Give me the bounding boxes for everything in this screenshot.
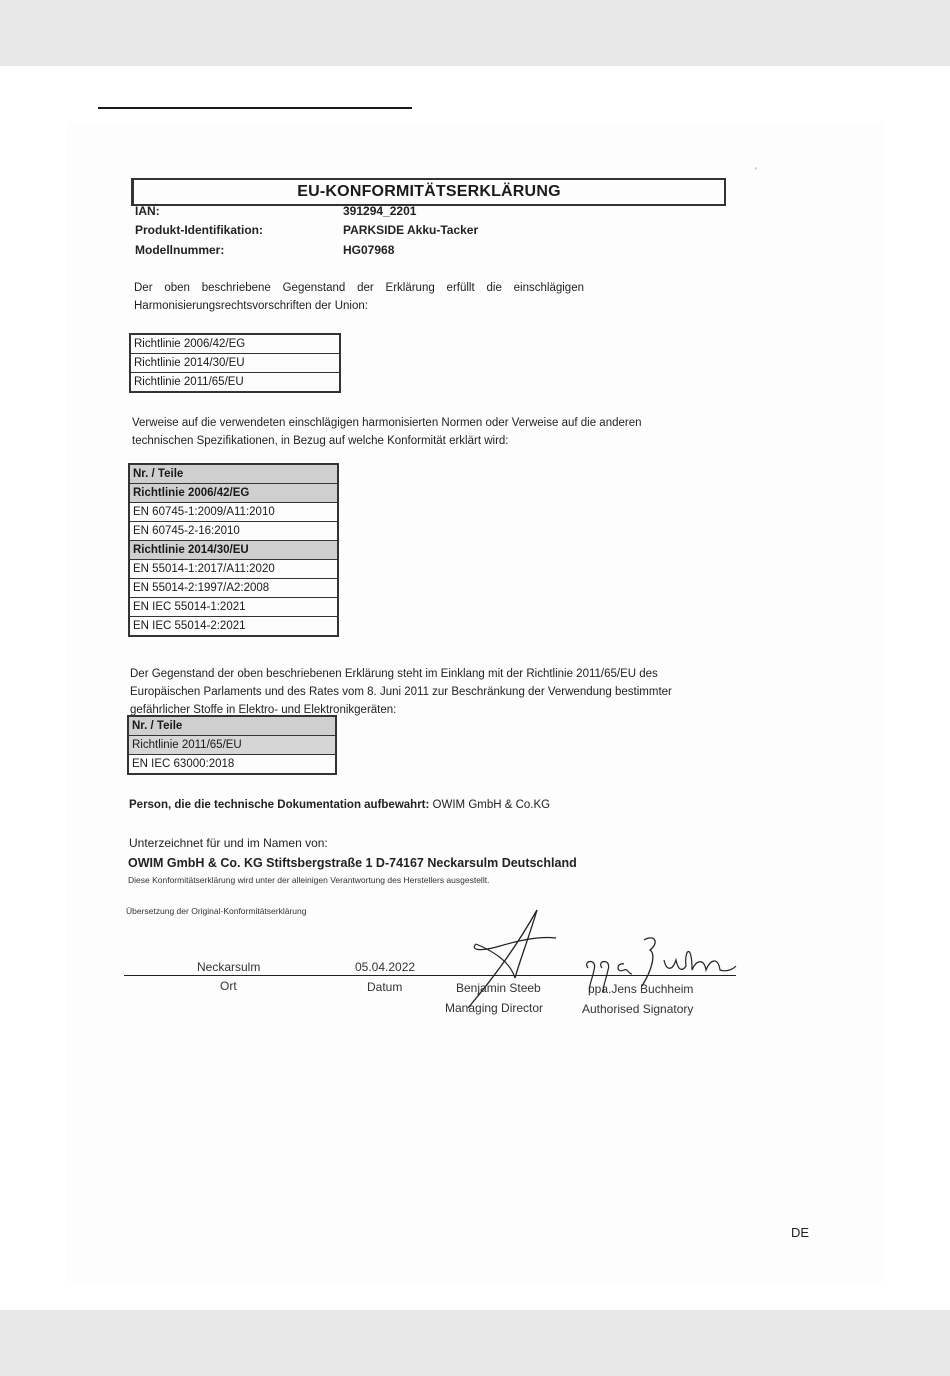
standards-table: Nr. / Teile Richtlinie 2006/42/EGEN 6074… [128,463,339,637]
scan-artifact: ' [755,166,757,176]
responsibility-note: Diese Konformitätserklärung wird unter d… [128,875,489,885]
directive-group-cell: Richtlinie 2011/65/EU [128,736,336,755]
date-label: Datum [367,980,402,994]
field-label: IAN: [135,204,160,218]
standard-cell: EN IEC 63000:2018 [128,755,336,775]
directive-cell: Richtlinie 2011/65/EU [130,373,340,393]
standard-cell: EN IEC 55014-1:2021 [129,598,338,617]
standard-cell: EN IEC 55014-2:2021 [129,617,338,637]
signature-steeb [440,900,580,1010]
paragraph-line: Harmonisierungsrechtsvorschriften der Un… [134,297,584,315]
intro-paragraph: Der oben beschriebene Gegenstand der Erk… [134,279,584,315]
paragraph-line: Europäischen Parlaments und des Rates vo… [130,683,740,701]
standard-cell: EN 55014-2:1997/A2:2008 [129,579,338,598]
directive-group-cell: Richtlinie 2014/30/EU [129,541,338,560]
documentation-value: OWIM GmbH & Co.KG [433,799,551,811]
place-label: Ort [220,979,237,993]
signature-date: 05.04.2022 [355,960,415,974]
signer2-title: Authorised Signatory [582,1002,693,1016]
signature-place: Neckarsulm [197,960,260,974]
viewer-bottom-band [0,1310,950,1376]
header-rule [98,107,412,109]
standards-paragraph: Verweise auf die verwendeten einschlägig… [132,414,732,450]
viewer-top-band [0,0,950,66]
field-label: Modellnummer: [135,243,224,257]
directive-group-cell: Richtlinie 2006/42/EG [129,484,338,503]
language-code: DE [791,1225,809,1240]
standard-cell: EN 55014-1:2017/A11:2020 [129,560,338,579]
signed-for-label: Unterzeichnet für und im Namen von: [129,834,328,852]
paragraph-line: Verweise auf die verwendeten einschlägig… [132,414,732,432]
directive-cell: Richtlinie 2006/42/EG [130,334,340,354]
field-value: HG07968 [343,243,394,257]
paragraph-line: Der Gegenstand der oben beschriebenen Er… [130,665,740,683]
paragraph-line: Der oben beschriebene Gegenstand der Erk… [134,279,584,297]
field-value: PARKSIDE Akku-Tacker [343,223,478,237]
standard-cell: EN 60745-1:2009/A11:2010 [129,503,338,522]
rohs-paragraph: Der Gegenstand der oben beschriebenen Er… [130,665,740,719]
company-address: OWIM GmbH & Co. KG Stiftsbergstraße 1 D-… [128,854,577,872]
table-header: Nr. / Teile [128,716,336,736]
documentation-label: Person, die die technische Dokumentation… [129,799,429,811]
table-header: Nr. / Teile [129,464,338,484]
document-title: EU-KONFORMITÄTSERKLÄRUNG [131,178,726,206]
field-value: 391294_2201 [343,204,416,218]
documentation-holder: Person, die die technische Dokumentation… [129,796,550,814]
translation-note: Übersetzung der Original-Konformitätserk… [126,906,306,916]
directive-cell: Richtlinie 2014/30/EU [130,354,340,373]
directives-table: Richtlinie 2006/42/EG Richtlinie 2014/30… [129,333,341,393]
signature-buchheim [580,930,740,1000]
paragraph-line: technischen Spezifikationen, in Bezug au… [132,432,732,450]
standard-cell: EN 60745-2-16:2010 [129,522,338,541]
rohs-table: Nr. / Teile Richtlinie 2011/65/EUEN IEC … [127,715,337,775]
field-label: Produkt-Identifikation: [135,223,263,237]
